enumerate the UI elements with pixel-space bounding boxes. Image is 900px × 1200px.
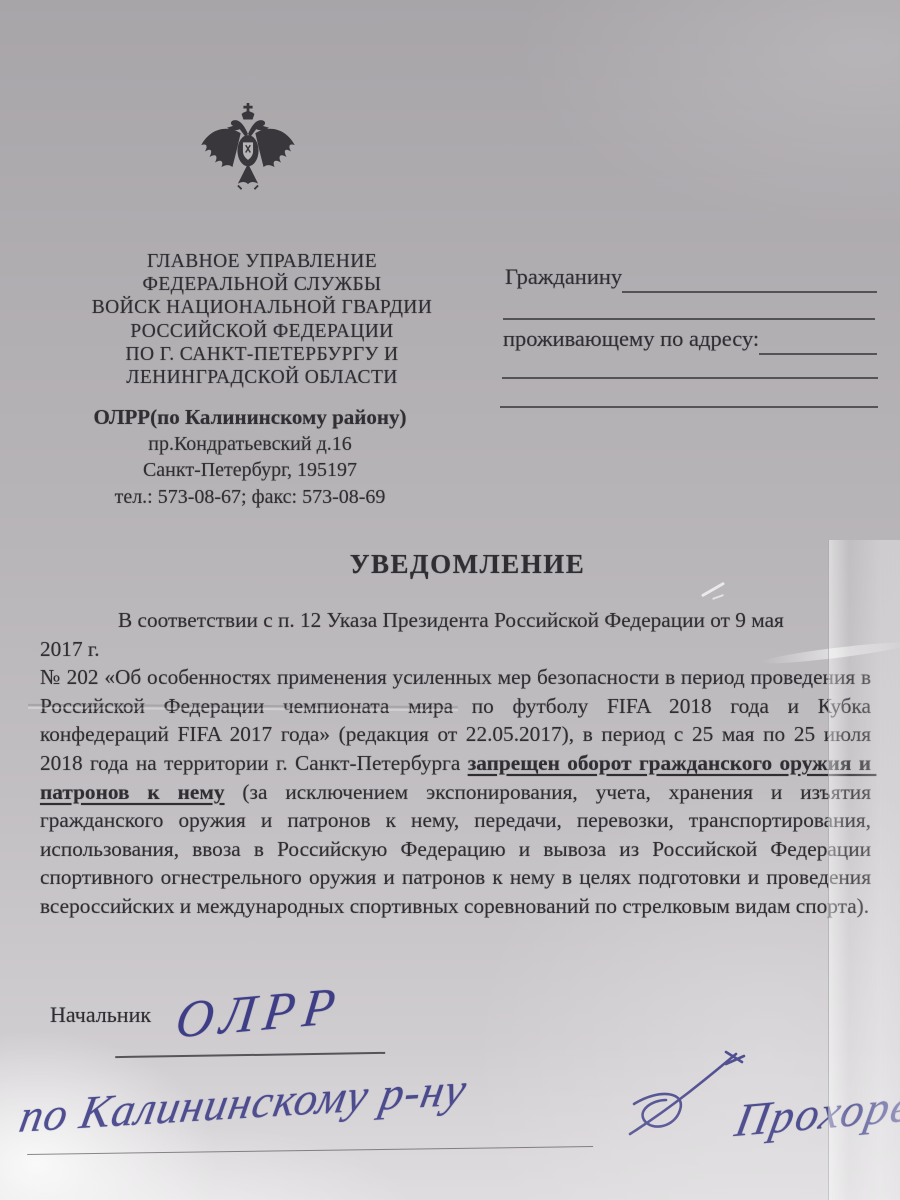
addressee-address-blank-line (502, 348, 878, 379)
double-headed-eagle-emblem (193, 98, 303, 196)
photographed-notification-document: ГЛАВНОЕ УПРАВЛЕНИЕ ФЕДЕРАЛЬНОЙ СЛУЖБЫ ВО… (0, 0, 900, 1200)
document-title: УВЕДОМЛЕНИЕ (0, 549, 900, 580)
org-line: ГЛАВНОЕ УПРАВЛЕНИЕ (62, 250, 462, 273)
division-city: Санкт-Петербург, 195197 (50, 457, 450, 484)
org-line: ЛЕНИНГРАДСКОЙ ОБЛАСТИ (62, 366, 462, 389)
addressee-name-blank-line (503, 289, 875, 320)
org-line: ПО Г. САНКТ-ПЕТЕРБУРГУ И (62, 343, 462, 366)
letterhead-org-name: ГЛАВНОЕ УПРАВЛЕНИЕ ФЕДЕРАЛЬНОЙ СЛУЖБЫ ВО… (62, 250, 462, 389)
letterhead-division-block: ОЛРР(по Калининскому району) пр.Кондрать… (50, 404, 450, 510)
division-contacts: тел.: 573-08-67; факс: 573-08-69 (50, 484, 450, 511)
signatory-position-label: Начальник (50, 1002, 151, 1028)
org-line: ВОЙСК НАЦИОНАЛЬНОЙ ГВАРДИИ (62, 296, 462, 319)
notification-body: В соответствии с п. 12 Указа Президента … (40, 606, 871, 921)
film-scuff-mark (712, 594, 724, 600)
bottom-light-sheen (0, 1040, 900, 1200)
org-line: РОССИЙСКОЙ ФЕДЕРАЦИИ (62, 320, 462, 343)
org-line: ФЕДЕРАЛЬНОЙ СЛУЖБЫ (62, 273, 462, 296)
addressee-address-blank-line (500, 377, 878, 408)
division-name: ОЛРР(по Калининскому району) (50, 404, 450, 431)
division-street: пр.Кондратьевский д.16 (50, 431, 450, 458)
body-text-segment: В соответствии с п. 12 Указа Президента … (40, 608, 876, 775)
